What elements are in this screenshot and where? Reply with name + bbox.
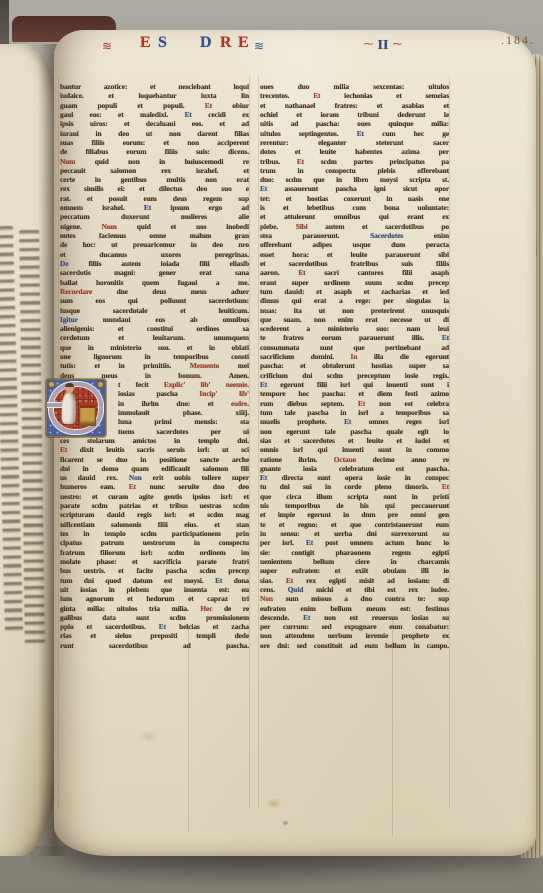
text-line: te et regno: et que contristauerunt eum: [260, 520, 449, 529]
text-line: super eufraten: et exiit obuiam illi io: [260, 566, 449, 575]
text-line: te fratres eorum parauerunt illis. Et: [260, 333, 449, 342]
text-line: Et assauerunt pascha igni sicut opor: [260, 184, 449, 193]
text-line: bantur azotice: et nesciebant loqui: [60, 82, 249, 91]
text-line: et attulerunt omnibus qui erant ex: [260, 212, 449, 221]
stain: [282, 820, 289, 826]
text-column-left: bantur azotice: et nesciebant loquiiudai…: [60, 82, 249, 650]
text-line: tum tale pascha in isrl a temporibus sa: [260, 408, 449, 417]
gold-corner-dot: [49, 382, 54, 387]
text-line: tes in templo scdm participationem prin: [60, 529, 249, 538]
text-line: is et lebetibus cum bona uoluntate:: [260, 203, 449, 212]
text-line: dotes et leuite habentes azima per: [260, 147, 449, 156]
red-ink-text: Sibi: [296, 222, 308, 231]
blue-ink-text: Et: [159, 622, 166, 631]
text-line: per isrl. Et post omnem actum hunc io: [260, 538, 449, 547]
title-letter: E: [140, 34, 151, 52]
red-ink-text: Octauo: [334, 455, 356, 464]
red-ink-text: Et: [297, 157, 304, 166]
text-line: de filiabus eorum filiis suis: dicens.: [60, 147, 249, 156]
red-ink-text: Recordare: [60, 287, 92, 296]
red-ink-text: Et: [129, 482, 136, 491]
text-line: suas filiis eorum: et non acciperent: [60, 138, 249, 147]
text-line: tempore hoc pascha: et diem festi azimo: [260, 389, 449, 398]
title-letter: S: [158, 34, 167, 52]
text-line: ipsis uiros: et decaluaui eos. et ad: [60, 119, 249, 128]
blue-ink-text: Et: [357, 129, 364, 138]
text-line: descende. Et non est reuersus iosias su: [260, 613, 449, 622]
text-line: stea parauerunt. Sacerdotes enim: [260, 231, 449, 240]
text-line: tuens sacerdotes per ui: [118, 427, 249, 436]
text-line: guam populi et populi. Et obiur: [60, 101, 249, 110]
manuscript-page: ≋ ESDRE ≋ ⁓ II ⁓ .184. bantur azotice: e…: [54, 30, 536, 856]
header-flourish-left: ≋: [102, 39, 110, 54]
text-line: et impie egerunt in dnm pre omni gen: [260, 510, 449, 519]
text-line: ore dni: sed constituit ad eum bellum in…: [260, 641, 449, 650]
text-line: gnante iosia celebratum est pascha.: [260, 464, 449, 473]
blue-ink-text: Et: [215, 576, 222, 585]
text-line: scederent a ministerio suo: nam leui: [260, 324, 449, 333]
text-line: tribus. Et scdm partes principatus pa: [260, 157, 449, 166]
text-line: non egerunt tale pascha quale egit io: [260, 427, 449, 436]
blue-ink-text: Sacerdotes: [370, 231, 403, 240]
text-line: alienigenis: et constitui ordines sa: [60, 324, 249, 333]
text-line: offerebant adipes usque dum peracta: [260, 240, 449, 249]
running-header: ≋ ESDRE ≋ ⁓ II ⁓ .184.: [54, 32, 536, 56]
red-ink-text: Num: [102, 222, 117, 231]
text-line: Num quid non in huiuscemodi re: [60, 157, 249, 166]
folio-number: .184.: [490, 33, 543, 48]
text-line: trecentos. Et iechonias et semeias: [260, 91, 449, 100]
red-ink-text: In: [351, 352, 358, 361]
blue-ink-text: Igitur: [60, 315, 78, 324]
red-ink-text: Et: [205, 101, 212, 110]
red-ink-text: esdre.: [231, 399, 249, 408]
chapter-flourish-left: ⁓: [364, 39, 374, 50]
text-line: uit iosias in plebem que inuenta est: ou: [60, 585, 249, 594]
text-line: molate phase: et sacrificia parate fratr…: [60, 557, 249, 566]
text-line: non attendens uerbum ieremie prophete ex: [260, 631, 449, 640]
text-line: in ihrlm dno: et esdre.: [118, 399, 249, 408]
text-line: oues duo milia sexcentas: uitulos: [260, 82, 449, 91]
text-line: nigene. Num quid et nos inobedi: [60, 222, 249, 231]
text-line: cipatus patrum uestrorum in conspectu: [60, 538, 249, 547]
blue-ink-text: Et: [144, 203, 151, 212]
text-line: iudaice. et loquebantur iuxta lin: [60, 91, 249, 100]
text-line: galibus data sunt scdm promissionem: [60, 613, 249, 622]
crease-line: [188, 628, 189, 832]
text-line: rias et sielus prepositi templi dede: [60, 631, 249, 640]
chapter-flourish-right: ⁓: [392, 39, 402, 50]
text-line: t fecit Explic' lib' neemie.: [118, 380, 249, 389]
text-line: tutis: et in primitiis. Memento mei: [60, 361, 249, 370]
text-line: uestro: et curam agite gentis ipsius isr…: [60, 492, 249, 501]
text-line: Non sum missus a dno contra te: sup: [260, 594, 449, 603]
red-ink-text: Hec: [200, 604, 212, 613]
chapter-numeral: ⁓ II ⁓: [360, 36, 406, 54]
text-line: per currum: sed expugnare eum conabatur:: [260, 622, 449, 631]
red-ink-text: Incip' lib': [199, 389, 249, 398]
text-line: et nathanael fratres: et asabias et: [260, 101, 449, 110]
text-line: entes faciemus omne malum gran: [60, 231, 249, 240]
text-line: tum dauid: et asaph et zacharias et ied: [260, 287, 449, 296]
text-line: nificentiam salomonis filii eius. et sta…: [60, 520, 249, 529]
text-line: iusque sacerdotale et leuiticum.: [60, 306, 249, 315]
blue-ink-text: Et: [260, 184, 267, 193]
text-line: runt sacerdotibus ad pascha.: [60, 641, 249, 650]
text-line: rerentur: eleganter steterunt sacer: [260, 138, 449, 147]
red-ink-text: Et: [313, 91, 320, 100]
red-ink-text: Et: [286, 576, 293, 585]
text-line: plebe. Sibi autem et sacerdotibus po: [260, 222, 449, 231]
text-line: pascha: et obtulerunt hostias super sa: [260, 361, 449, 370]
title-letter: E: [238, 34, 249, 52]
blue-ink-text: Quid: [288, 585, 304, 594]
stain: [266, 798, 282, 809]
text-line: pplo et sacerdotibus. Et helcias et zach…: [60, 622, 249, 631]
text-line: Recordare dne deus meus aduer: [60, 287, 249, 296]
text-line: Igitur mundaui eos ab omnibus: [60, 315, 249, 324]
ruling-line: [249, 76, 250, 808]
text-line: humeros eam. Et nunc seruite dno deo: [60, 482, 249, 491]
text-line: esset hora: et leuite parauerunt sibi: [260, 250, 449, 259]
text-line: bus uestris. et facite pascha scdm prece…: [60, 566, 249, 575]
text-line: que suam. non enim erat necesse ut di: [260, 315, 449, 324]
text-line: nuas: ita ut non preterirent unusquis: [260, 306, 449, 315]
title-letter: D: [200, 34, 212, 52]
red-ink-text: Et: [60, 445, 67, 454]
text-line: luna primi mensis: sta: [118, 417, 249, 426]
red-ink-text: Et: [358, 399, 365, 408]
blue-ink-text: Et: [260, 380, 267, 389]
text-line: consummata sunt que pertinebant ad: [260, 343, 449, 352]
gold-altar: [79, 404, 96, 426]
text-line: nis temporibus de his qui peccauerunt: [260, 501, 449, 510]
blue-ink-text: Et: [442, 333, 449, 342]
text-line: tum dni quod datum est moysi. Et dona: [60, 576, 249, 585]
text-line: ficarent se dno in positione sancte arch…: [60, 455, 249, 464]
blue-ink-text: Et: [260, 473, 267, 482]
text-line: rex similis ei: et dilectus deo suo e: [60, 184, 249, 193]
red-ink-text: Explic' lib' neemie.: [164, 380, 249, 389]
text-line: rat. et posuit eum deus regem sup: [60, 194, 249, 203]
text-line: dni in domo quam edificauit salomon fili: [60, 464, 249, 473]
stain: [138, 730, 160, 744]
text-line: ginta milia: uitulos tria milia. Hec de …: [60, 604, 249, 613]
text-line: parate scdm patrias et tribus uestras sc…: [60, 501, 249, 510]
text-line: peccatum duxerunt mulieres alie: [60, 212, 249, 221]
text-line: sie: contigit pharaonem regem egipti: [260, 548, 449, 557]
text-line: tu dni sui in corde pleno timoris. Et: [260, 482, 449, 491]
text-line: Et directa sunt opera iosie in conspec: [260, 473, 449, 482]
text-line: us dauid rex. Non erit uobis tollere sup…: [60, 473, 249, 482]
text-column-right: oues duo milia sexcentas: uitulostrecent…: [260, 82, 449, 650]
text-line: erant super ordinem suum scdm precep: [260, 278, 449, 287]
text-line: crificium dni scdm preceptum iosie regis…: [260, 371, 449, 380]
illuminated-initial: [46, 379, 106, 437]
manuscript-photo: ≋ ESDRE ≋ ⁓ II ⁓ .184. bantur azotice: e…: [0, 0, 543, 893]
text-line: dno: scdm que in libro moysi scripta st.: [260, 175, 449, 184]
red-ink-text: Et: [442, 482, 449, 491]
text-line: aaron. Et sacri cantores filii asaph: [260, 268, 449, 277]
text-line: que circa illum scripta sunt in pristi: [260, 492, 449, 501]
text-line: in sensu: et uerba dni surrexerunt su: [260, 529, 449, 538]
text-line: et sacerdotibus fratribus suis filiis: [260, 259, 449, 268]
chapter-numeral-text: II: [378, 38, 389, 53]
text-line: cens. Quid michi et tibi est rex iudee.: [260, 585, 449, 594]
text-line: Et dixit leuitis sacris seruis isrl: ut …: [60, 445, 249, 454]
text-line: muelis prophete. Et omnes reges isrl: [260, 417, 449, 426]
text-line: ratione ihrlm. Octauo decimo anno re: [260, 455, 449, 464]
title-letter: R: [220, 34, 232, 52]
text-line: iosias pascha Incip' lib': [118, 389, 249, 398]
text-line: ballat horonitis quem fugaui a me.: [60, 278, 249, 287]
text-line: ces stolarum amictos in templo dni.: [60, 436, 249, 445]
red-ink-text: Non: [260, 594, 273, 603]
text-line: De filiis autem ioiada filii eliasib: [60, 259, 249, 268]
text-line: sum eos qui polluunt sacerdotium:: [60, 296, 249, 305]
text-line: dimus qui erat a rege: per singulas ia: [260, 296, 449, 305]
text-line: ium agnorum et hedorum et capraz tri: [60, 594, 249, 603]
text-line: rum diebus septem. Et non est celebra: [260, 399, 449, 408]
header-flourish-right: ≋: [254, 39, 262, 54]
text-line: fratrum filiorum isrl: scdm ordinem im: [60, 548, 249, 557]
text-line: sias. Et rex egipti misit ad iosiam: di: [260, 576, 449, 585]
ruling-line: [58, 76, 59, 808]
blue-ink-text: De: [60, 259, 68, 268]
red-ink-text: Memento: [190, 361, 219, 370]
text-line: uitulos septingentos. Et cum hec ge: [260, 129, 449, 138]
text-line: certe in gentibus multis non erat: [60, 175, 249, 184]
text-line: de hoc: ut preuaricemur in deo nro: [60, 240, 249, 249]
blue-ink-text: Et: [344, 417, 351, 426]
text-line: tet: et hostias coxerunt in uasis ene: [260, 194, 449, 203]
priest-figure-hair: [65, 383, 74, 387]
text-line: uitis ad pascha: oues quinque milia:: [260, 119, 449, 128]
text-line: immolauit phase. xiiij.: [118, 408, 249, 417]
text-line: one lignorum in temporibus consti: [60, 352, 249, 361]
text-line: omnem israhel. Et ipsum ergo ad: [60, 203, 249, 212]
gold-corner-dot: [98, 382, 103, 387]
ruling-line: [258, 76, 259, 808]
crease-line: [392, 620, 393, 836]
text-line: iuraui in deo ut non darent filias: [60, 129, 249, 138]
text-line: omnis isrl qui inuenti sunt in commo: [260, 445, 449, 454]
red-ink-text: Et: [298, 268, 305, 277]
text-line: sacrificium domini. In illa die egerunt: [260, 352, 449, 361]
blue-ink-text: Et: [303, 613, 310, 622]
ruling-line: [449, 76, 450, 808]
blue-ink-text: Et: [185, 110, 192, 119]
text-line: gaui eos: et maledixi. Et cecidi ex: [60, 110, 249, 119]
blue-ink-text: Non: [129, 473, 142, 482]
priest-figure-robe: [61, 391, 76, 424]
blue-ink-text: Et: [306, 538, 313, 547]
text-line: et ducamus uxores peregrinas.: [60, 250, 249, 259]
text-line: sias et sacerdotes et leuite et iudei et: [260, 436, 449, 445]
text-line: ochiel et ioram tribuni dederunt le: [260, 110, 449, 119]
text-line: eufraten enim bellum meum est: festinus: [260, 604, 449, 613]
text-line: que in ministerio suo. et in oblati: [60, 343, 249, 352]
text-line: sacerdotis magni: gener erat sana: [60, 268, 249, 277]
text-line: peccauit salomon rex israhel. et: [60, 166, 249, 175]
text-line: Et egerunt filii isrl qui inuenti sunt i: [260, 380, 449, 389]
red-ink-text: Num: [60, 157, 75, 166]
text-line: uenientem bellum ciere in charcamis: [260, 557, 449, 566]
text-line: scripturam dauid regis isrl: et scdm mag: [60, 510, 249, 519]
text-line: cerdotum et leuitarum. unumquem: [60, 333, 249, 342]
text-line: trum in conspectu plebis offerebant: [260, 166, 449, 175]
